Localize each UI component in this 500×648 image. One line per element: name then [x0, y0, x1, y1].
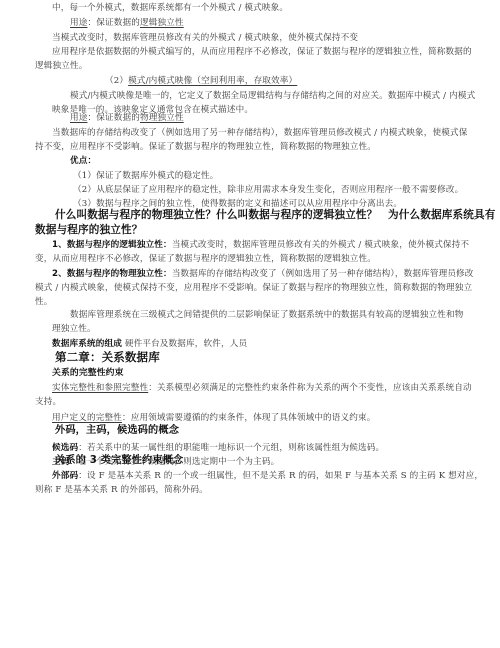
three-integrity-heading: 关系的 3 类完整性约束概念 [55, 455, 183, 467]
document-section-three-integrity: 关系的 3 类完整性约束概念 [0, 0, 500, 648]
